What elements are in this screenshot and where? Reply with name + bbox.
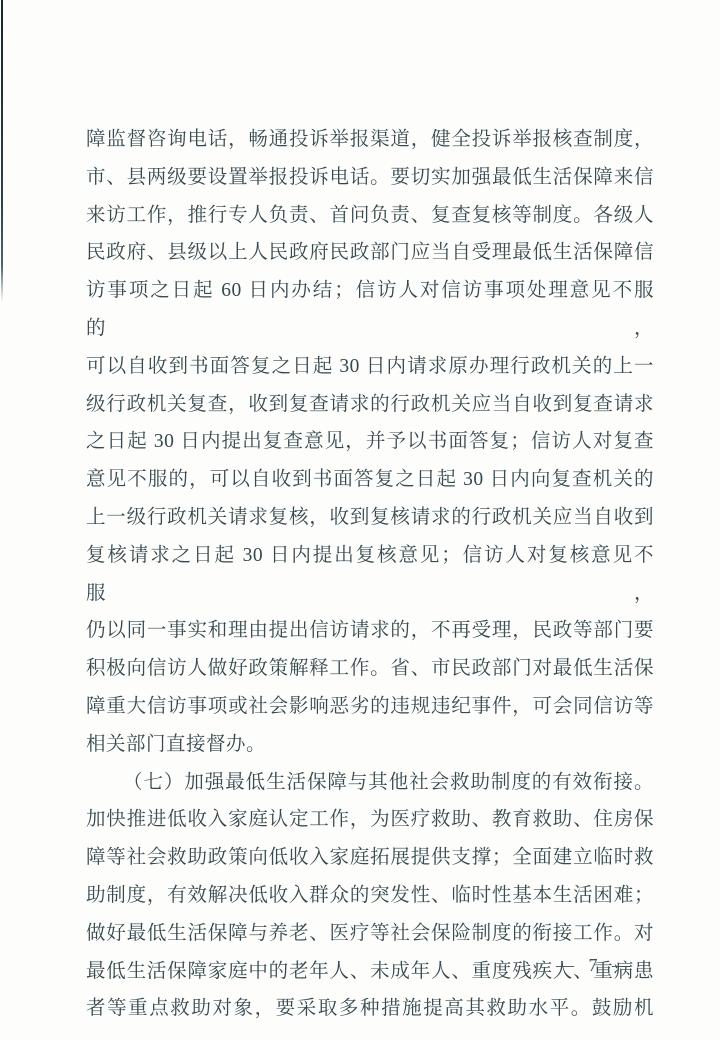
body-line: 级行政机关复查，收到复查请求的行政机关应当自收到复查请求 bbox=[86, 386, 654, 424]
body-line: 上一级行政机关请求复核，收到复核请求的行政机关应当自收到 bbox=[86, 499, 654, 537]
body-line: 可以自收到书面答复之日起 30 日内请求原办理行政机关的上一 bbox=[86, 348, 654, 386]
body-line: 做好最低生活保障与养老、医疗等社会保险制度的衔接工作。对 bbox=[86, 915, 654, 953]
body-line: 意见不服的，可以自收到书面答复之日起 30 日内向复查机关的 bbox=[86, 461, 654, 499]
scan-artifact-left-edge bbox=[1, 0, 3, 302]
body-line: 民政府、县级以上人民政府民政部门应当自受理最低生活保障信 bbox=[86, 234, 654, 272]
body-line: 助制度，有效解决低收入群众的突发性、临时性基本生活困难； bbox=[86, 877, 654, 915]
body-line: 仍以同一事实和理由提出信访请求的，不再受理，民政等部门要 bbox=[86, 612, 654, 650]
body-line-paragraph-end: 相关部门直接督办。 bbox=[86, 726, 654, 764]
body-line: 复核请求之日起 30 日内提出复核意见；信访人对复核意见不服， bbox=[86, 537, 654, 613]
page-number: — 7 — bbox=[537, 953, 649, 977]
body-line-paragraph-start: （七）加强最低生活保障与其他社会救助制度的有效衔接。 bbox=[86, 764, 654, 802]
body-line: 积极向信访人做好政策解释工作。省、市民政部门对最低生活保 bbox=[86, 650, 654, 688]
scanned-document-page: 障监督咨询电话，畅通投诉举报渠道，健全投诉举报核查制度， 市、县两级要设置举报投… bbox=[0, 0, 720, 1040]
body-line: 障等社会救助政策向低收入家庭拓展提供支撑；全面建立临时救 bbox=[86, 839, 654, 877]
body-line: 障重大信访事项或社会影响恶劣的违规违纪事件，可会同信访等 bbox=[86, 688, 654, 726]
document-body: 障监督咨询电话，畅通投诉举报渠道，健全投诉举报核查制度， 市、县两级要设置举报投… bbox=[86, 121, 654, 1028]
body-line: 之日起 30 日内提出复查意见，并予以书面答复；信访人对复查 bbox=[86, 423, 654, 461]
body-line: 者等重点救助对象，要采取多种措施提高其救助水平。鼓励机 bbox=[86, 990, 654, 1028]
body-line: 障监督咨询电话，畅通投诉举报渠道，健全投诉举报核查制度， bbox=[86, 121, 654, 159]
body-line: 来访工作，推行专人负责、首问负责、复查复核等制度。各级人 bbox=[86, 197, 654, 235]
body-line: 访事项之日起 60 日内办结；信访人对信访事项处理意见不服的， bbox=[86, 272, 654, 348]
body-line: 加快推进低收入家庭认定工作，为医疗救助、教育救助、住房保 bbox=[86, 801, 654, 839]
body-line: 市、县两级要设置举报投诉电话。要切实加强最低生活保障来信 bbox=[86, 159, 654, 197]
